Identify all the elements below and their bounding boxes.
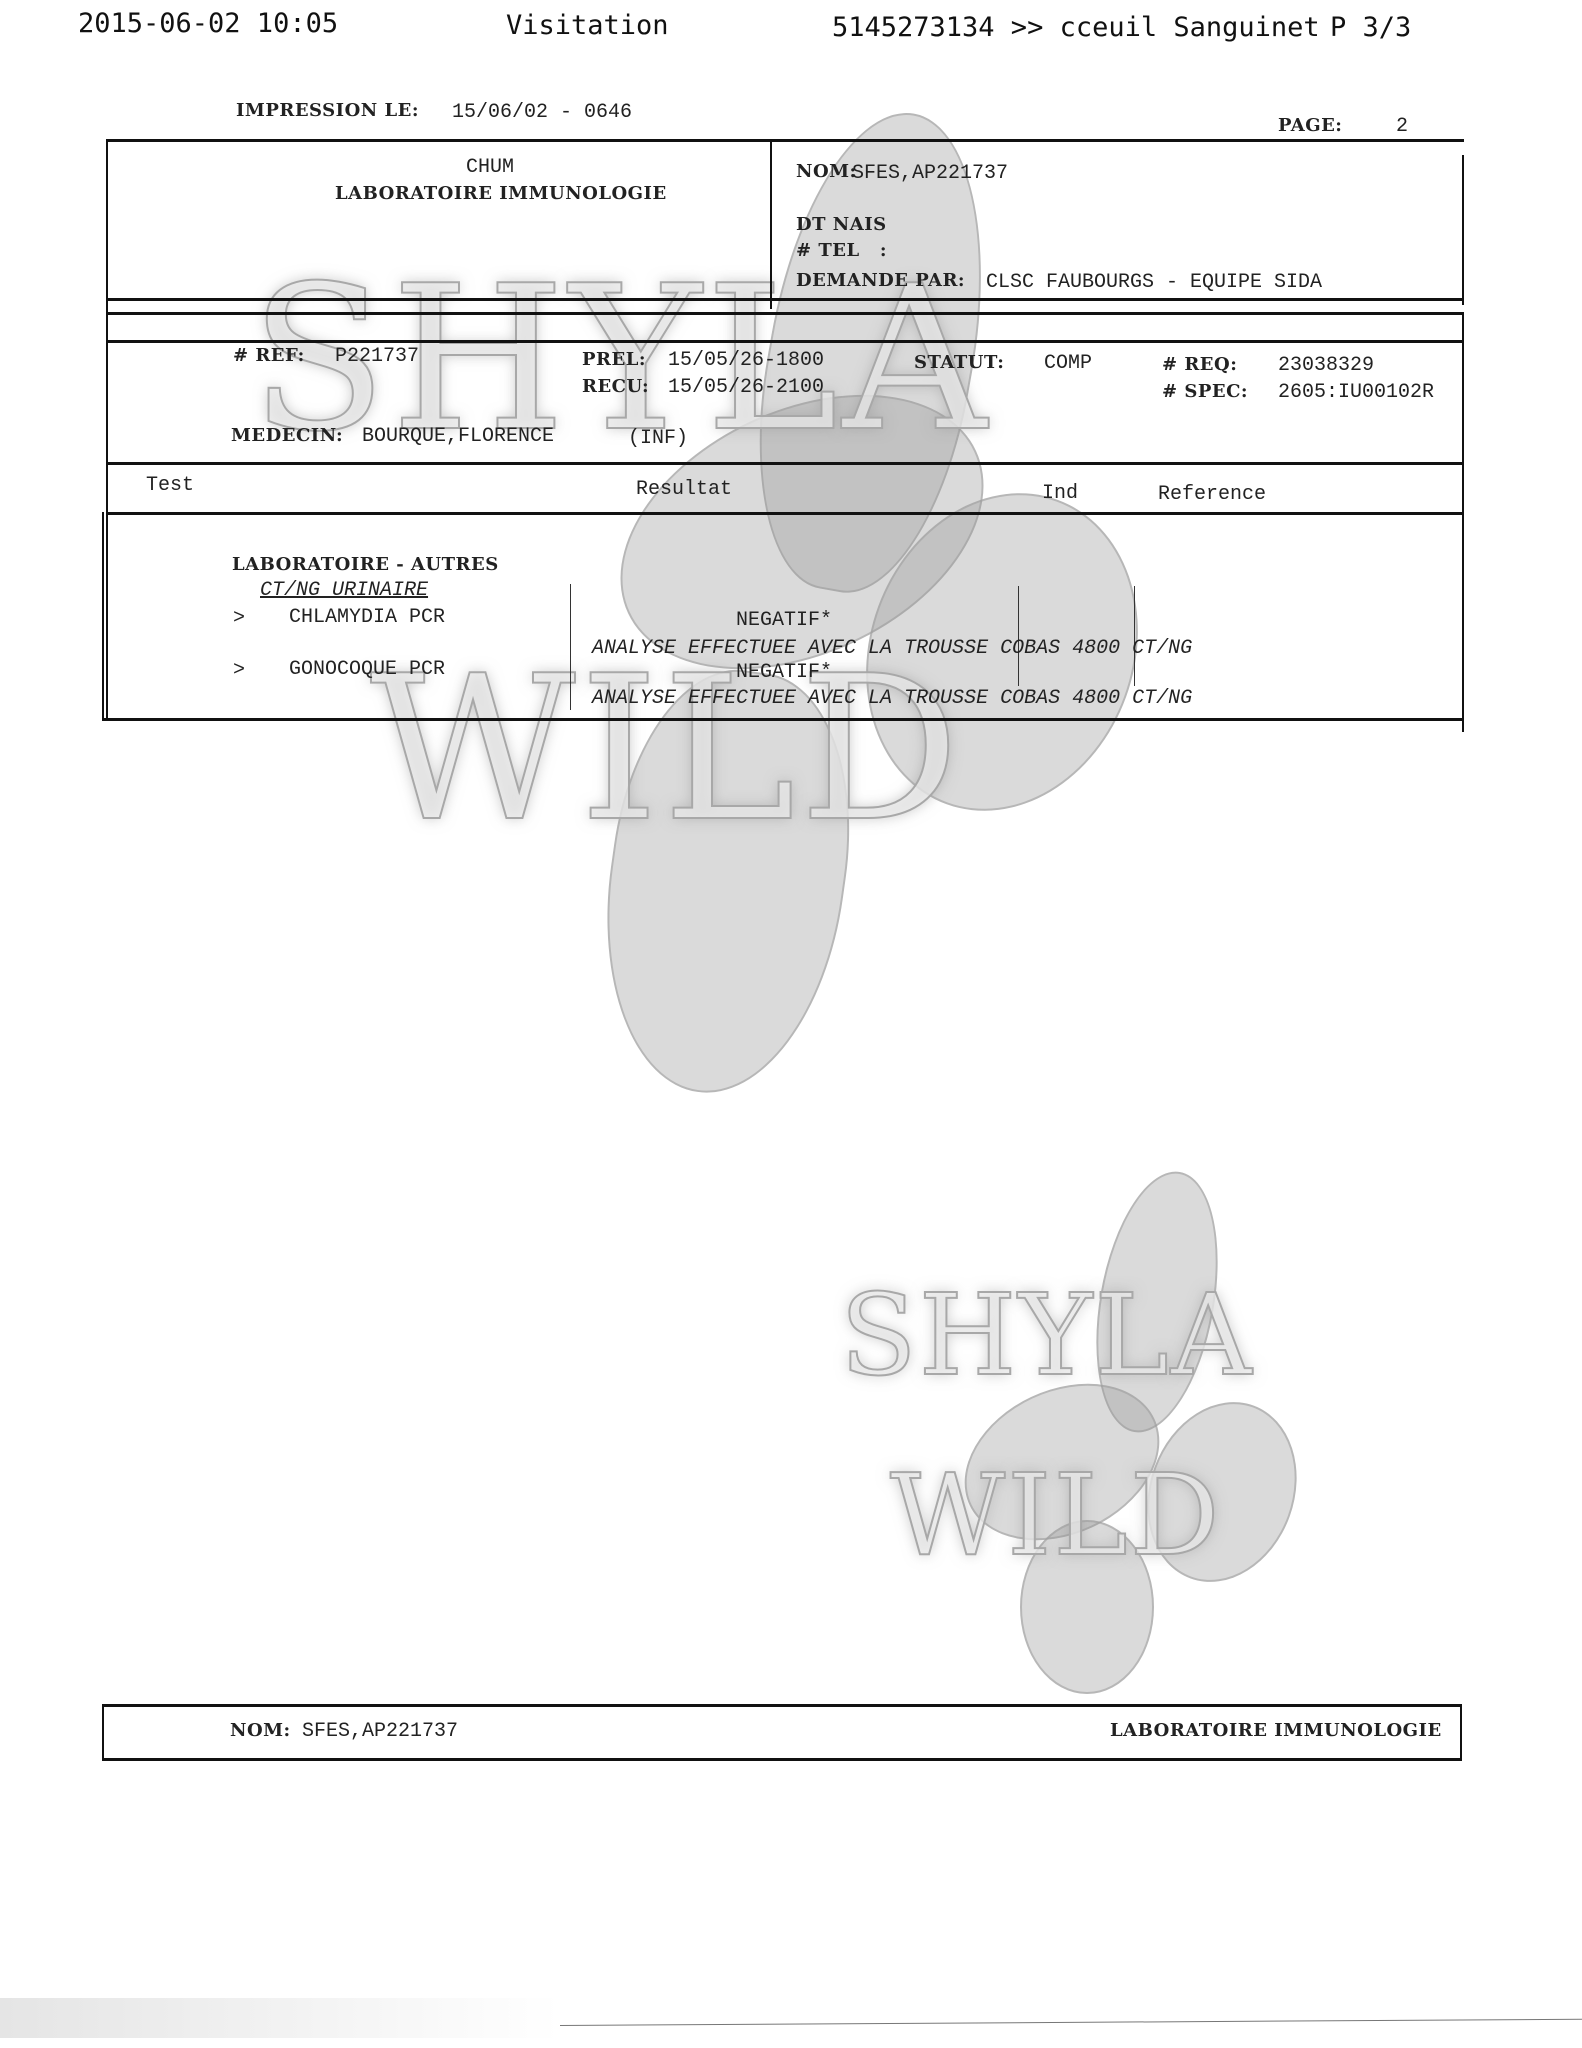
- ref-col-rule: [1134, 586, 1135, 686]
- result-marker: >: [233, 607, 245, 630]
- fax-sender: Visitation: [506, 10, 669, 41]
- footer-right-rule: [1460, 1704, 1462, 1760]
- ref-value: P221737: [335, 345, 419, 368]
- result-note: ANALYSE EFFECTUEE AVEC LA TROUSSE COBAS …: [592, 637, 1192, 660]
- medecin-value: BOURQUE,FLORENCE: [362, 425, 554, 448]
- spec-label: # SPEC:: [1162, 381, 1248, 402]
- result-value: NEGATIF*: [736, 661, 832, 684]
- fax-page: P 3/3: [1330, 12, 1411, 43]
- ind-col-rule: [1018, 586, 1019, 686]
- watermark-small: SHYLA WILD: [830, 1160, 1430, 1720]
- scan-shadow: [0, 1998, 560, 2038]
- print-date-label: IMPRESSION LE:: [236, 100, 419, 121]
- specimen-right-rule: [1462, 312, 1464, 732]
- page-label: PAGE:: [1278, 115, 1342, 136]
- result-note: ANALYSE EFFECTUEE AVEC LA TROUSSE COBAS …: [592, 687, 1192, 710]
- footer-name-value: SFES,AP221737: [302, 1720, 458, 1743]
- print-date-value: 15/06/02 - 0646: [452, 101, 632, 124]
- fax-datetime: 2015-06-02 10:05: [78, 8, 338, 39]
- medecin-label: MEDECIN:: [231, 425, 343, 446]
- patient-name-value: SFES,AP221737: [852, 162, 1008, 185]
- specimen-top-rule-2: [106, 340, 1464, 343]
- columns-top-rule: [106, 462, 1464, 465]
- institution-name: CHUM: [466, 156, 514, 179]
- column-reference: Reference: [1158, 483, 1266, 506]
- header-mid-rule: [770, 139, 772, 309]
- results-left-rule: [102, 512, 104, 720]
- column-ind: Ind: [1042, 482, 1078, 505]
- result-marker: >: [233, 659, 245, 682]
- fax-route: 5145273134 >> cceuil Sanguinet: [832, 12, 1320, 43]
- specimen-left-rule: [106, 300, 108, 720]
- section-title: LABORATOIRE - AUTRES: [232, 554, 499, 575]
- medecin-role: (INF): [628, 427, 688, 450]
- recu-value: 15/05/26-2100: [668, 376, 824, 399]
- footer-top-rule: [102, 1704, 1462, 1707]
- footer-lab: LABORATOIRE IMMUNOLOGIE: [1110, 1720, 1442, 1741]
- prel-value: 15/05/26-1800: [668, 349, 824, 372]
- lab-name: LABORATOIRE IMMUNOLOGIE: [335, 183, 667, 204]
- prel-label: PREL:: [582, 349, 646, 370]
- recu-label: RECU:: [582, 376, 649, 397]
- result-test: GONOCOQUE PCR: [289, 658, 445, 681]
- header-left-rule: [106, 139, 108, 299]
- header-top-rule: [106, 139, 1464, 142]
- header-bottom-rule: [106, 298, 1464, 301]
- scan-edge-line: [560, 2019, 1582, 2026]
- footer-name-label: NOM:: [230, 1720, 291, 1741]
- watermark-small-line1: SHYLA: [840, 1280, 1254, 1392]
- dob-label: DT NAIS: [796, 214, 887, 235]
- statut-value: COMP: [1044, 352, 1092, 375]
- footer-left-rule: [102, 1704, 104, 1760]
- result-value: NEGATIF*: [736, 609, 832, 632]
- req-label: # REQ:: [1162, 354, 1237, 375]
- requested-by-label: DEMANDE PAR:: [796, 270, 965, 291]
- result-col-rule: [570, 584, 571, 710]
- result-test: CHLAMYDIA PCR: [289, 606, 445, 629]
- ref-label: # REF:: [233, 345, 305, 366]
- specimen-top-rule: [106, 312, 1464, 315]
- watermark-line2: WILD: [370, 650, 964, 850]
- spec-value: 2605:IU00102R: [1278, 381, 1434, 404]
- column-resultat: Resultat: [636, 478, 732, 501]
- page-value: 2: [1396, 115, 1408, 138]
- footer-bottom-rule: [102, 1758, 1462, 1761]
- watermark-small-line2: WILD: [890, 1460, 1222, 1572]
- results-bottom-rule: [102, 718, 1464, 721]
- tel-label: # TEL :: [796, 240, 887, 261]
- req-value: 23038329: [1278, 354, 1374, 377]
- columns-bottom-rule: [106, 512, 1464, 515]
- column-test: Test: [146, 474, 194, 497]
- requested-by-value: CLSC FAUBOURGS - EQUIPE SIDA: [986, 271, 1322, 294]
- statut-label: STATUT:: [914, 352, 1004, 373]
- header-right-rule: [1462, 155, 1464, 305]
- patient-name-label: NOM:: [796, 161, 857, 182]
- subsection-title: CT/NG URINAIRE: [260, 579, 428, 602]
